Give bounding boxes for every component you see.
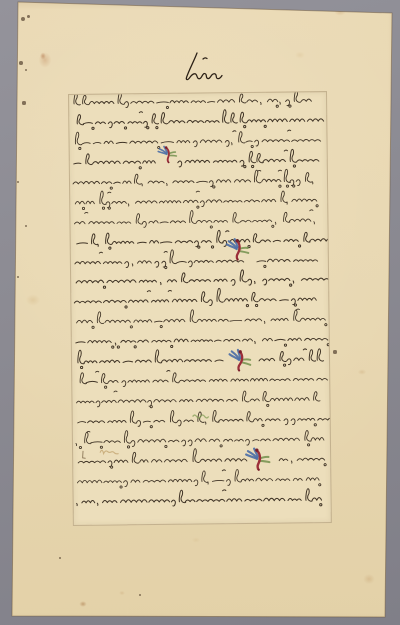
ink-speck <box>25 225 27 227</box>
green-annotation <box>193 415 209 418</box>
pencil-note <box>100 450 119 454</box>
photograph-background <box>0 0 400 625</box>
ink-speck <box>59 557 61 559</box>
ink-speck <box>14 107 16 109</box>
ink-speck <box>21 17 25 21</box>
pencil-tick <box>83 451 86 459</box>
flower-ornament <box>227 239 249 261</box>
age-spot <box>23 292 43 308</box>
ink-speck <box>22 101 25 104</box>
ink-speck <box>139 594 141 596</box>
age-spot <box>36 49 54 71</box>
flower-ornament <box>228 349 251 372</box>
age-spot <box>356 368 368 376</box>
ink-speck <box>17 181 20 184</box>
flower-ornament <box>246 447 270 471</box>
manuscript-page <box>0 0 400 625</box>
age-spot <box>332 7 348 17</box>
ink-speck <box>17 276 20 279</box>
age-spot <box>361 572 377 586</box>
age-spot <box>118 590 126 596</box>
text-panel <box>68 91 332 526</box>
header-inscription <box>178 46 230 86</box>
age-spot <box>78 600 88 608</box>
age-spot <box>293 50 307 60</box>
ink-speck <box>19 61 23 65</box>
flower-ornament <box>158 145 178 165</box>
ink-speck <box>27 15 30 18</box>
ink-speck <box>333 350 336 353</box>
ink-speck <box>25 69 27 71</box>
flower-ornaments <box>69 92 331 525</box>
age-spot <box>190 536 202 544</box>
age-spot <box>39 51 47 61</box>
